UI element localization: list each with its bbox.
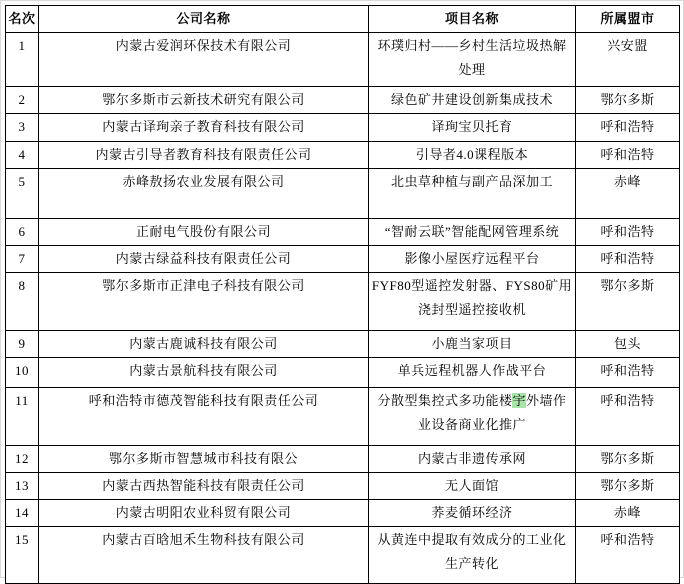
table-row: 1 内蒙古爱润环保技术有限公司 环璞归村——乡村生活垃圾热解处理 兴安盟 [6,33,680,87]
rank-cell: 6 [6,219,39,246]
ranking-table: 名次 公司名称 项目名称 所属盟市 1 内蒙古爱润环保技术有限公司 环璞归村——… [5,5,680,584]
project-cell: 无人面馆 [369,473,576,500]
project-cell: 从黄连中提取有效成分的工业化生产转化 [369,527,576,584]
company-cell: 鄂尔多斯市云新技术研究有限公司 [39,87,369,114]
region-cell: 呼和浩特 [576,527,680,584]
table-row: 7 内蒙古绿益科技有限责任公司 影像小屋医疗远程平台 呼和浩特 [6,246,680,273]
company-cell: 正耐电气股份有限公司 [39,219,369,246]
rank-cell: 4 [6,142,39,169]
project-cell: 内蒙古非遗传承网 [369,446,576,473]
document-page: 名次 公司名称 项目名称 所属盟市 1 内蒙古爱润环保技术有限公司 环璞归村——… [0,0,684,578]
region-cell: 兴安盟 [576,33,680,87]
column-header-rank: 名次 [6,6,39,33]
region-cell: 鄂尔多斯 [576,446,680,473]
rank-cell: 5 [6,169,39,219]
region-cell: 呼和浩特 [576,388,680,446]
company-cell: 赤峰敖扬农业发展有限公司 [39,169,369,219]
company-cell: 内蒙古西热智能科技有限责任公司 [39,473,369,500]
region-cell: 呼和浩特 [576,114,680,142]
table-row: 3 内蒙古译珣亲子教育科技有限公司 译珣宝贝托育 呼和浩特 [6,114,680,142]
project-cell: 引导者4.0课程版本 [369,142,576,169]
table-row: 11 呼和浩特市德茂智能科技有限责任公司 分散型集控式多功能楼宇外墙作业设备商业… [6,388,680,446]
region-cell: 呼和浩特 [576,246,680,273]
project-cell: 分散型集控式多功能楼宇外墙作业设备商业化推广 [369,388,576,446]
company-cell: 内蒙古鹿诚科技有限公司 [39,331,369,358]
project-cell: 译珣宝贝托育 [369,114,576,142]
region-cell: 赤峰 [576,500,680,527]
table-row: 6 正耐电气股份有限公司 “智耐云联”智能配网管理系统 呼和浩特 [6,219,680,246]
project-cell: 单兵远程机器人作战平台 [369,358,576,388]
column-header-project: 项目名称 [369,6,576,33]
project-cell: 荞麦循环经济 [369,500,576,527]
rank-cell: 15 [6,527,39,584]
company-cell: 鄂尔多斯市正津电子科技有限公司 [39,273,369,331]
project-cell: 环璞归村——乡村生活垃圾热解处理 [369,33,576,87]
company-cell: 内蒙古景航科技有限公司 [39,358,369,388]
region-cell: 呼和浩特 [576,142,680,169]
table-row: 10 内蒙古景航科技有限公司 单兵远程机器人作战平台 呼和浩特 [6,358,680,388]
rank-cell: 9 [6,331,39,358]
table-row: 13 内蒙古西热智能科技有限责任公司 无人面馆 鄂尔多斯 [6,473,680,500]
region-cell: 鄂尔多斯 [576,473,680,500]
table-row: 5 赤峰敖扬农业发展有限公司 北虫草种植与副产品深加工 赤峰 [6,169,680,219]
project-text-before-highlight: 分散型集控式多功能楼 [377,393,512,408]
company-cell: 内蒙古爱润环保技术有限公司 [39,33,369,87]
rank-cell: 3 [6,114,39,142]
rank-cell: 13 [6,473,39,500]
table-row: 15 内蒙古百晗旭禾生物科技有限公司 从黄连中提取有效成分的工业化生产转化 呼和… [6,527,680,584]
column-header-company: 公司名称 [39,6,369,33]
region-cell: 呼和浩特 [576,358,680,388]
rank-cell: 8 [6,273,39,331]
table-row: 9 内蒙古鹿诚科技有限公司 小鹿当家项目 包头 [6,331,680,358]
table-row: 4 内蒙古引导者教育科技有限责任公司 引导者4.0课程版本 呼和浩特 [6,142,680,169]
project-cell: 小鹿当家项目 [369,331,576,358]
rank-cell: 12 [6,446,39,473]
rank-cell: 11 [6,388,39,446]
company-cell: 鄂尔多斯市智慧城市科技有限公 [39,446,369,473]
project-cell: 绿色矿井建设创新集成技术 [369,87,576,114]
company-cell: 呼和浩特市德茂智能科技有限责任公司 [39,388,369,446]
project-cell: 北虫草种植与副产品深加工 [369,169,576,219]
region-cell: 赤峰 [576,169,680,219]
highlighted-text: 宇 [512,393,526,408]
region-cell: 鄂尔多斯 [576,273,680,331]
rank-cell: 10 [6,358,39,388]
table-row: 2 鄂尔多斯市云新技术研究有限公司 绿色矿井建设创新集成技术 鄂尔多斯 [6,87,680,114]
table-row: 12 鄂尔多斯市智慧城市科技有限公 内蒙古非遗传承网 鄂尔多斯 [6,446,680,473]
project-cell: “智耐云联”智能配网管理系统 [369,219,576,246]
rank-cell: 14 [6,500,39,527]
region-cell: 呼和浩特 [576,219,680,246]
region-cell: 鄂尔多斯 [576,87,680,114]
company-cell: 内蒙古百晗旭禾生物科技有限公司 [39,527,369,584]
project-cell: FYF80型遥控发射器、FYS80矿用浇封型遥控接收机 [369,273,576,331]
project-cell: 影像小屋医疗远程平台 [369,246,576,273]
table-row: 14 内蒙古明阳农业科贸有限公司 荞麦循环经济 赤峰 [6,500,680,527]
table-row: 8 鄂尔多斯市正津电子科技有限公司 FYF80型遥控发射器、FYS80矿用浇封型… [6,273,680,331]
company-cell: 内蒙古引导者教育科技有限责任公司 [39,142,369,169]
column-header-region: 所属盟市 [576,6,680,33]
header-row: 名次 公司名称 项目名称 所属盟市 [6,6,680,33]
company-cell: 内蒙古明阳农业科贸有限公司 [39,500,369,527]
rank-cell: 1 [6,33,39,87]
region-cell: 包头 [576,331,680,358]
rank-cell: 7 [6,246,39,273]
company-cell: 内蒙古绿益科技有限责任公司 [39,246,369,273]
rank-cell: 2 [6,87,39,114]
company-cell: 内蒙古译珣亲子教育科技有限公司 [39,114,369,142]
